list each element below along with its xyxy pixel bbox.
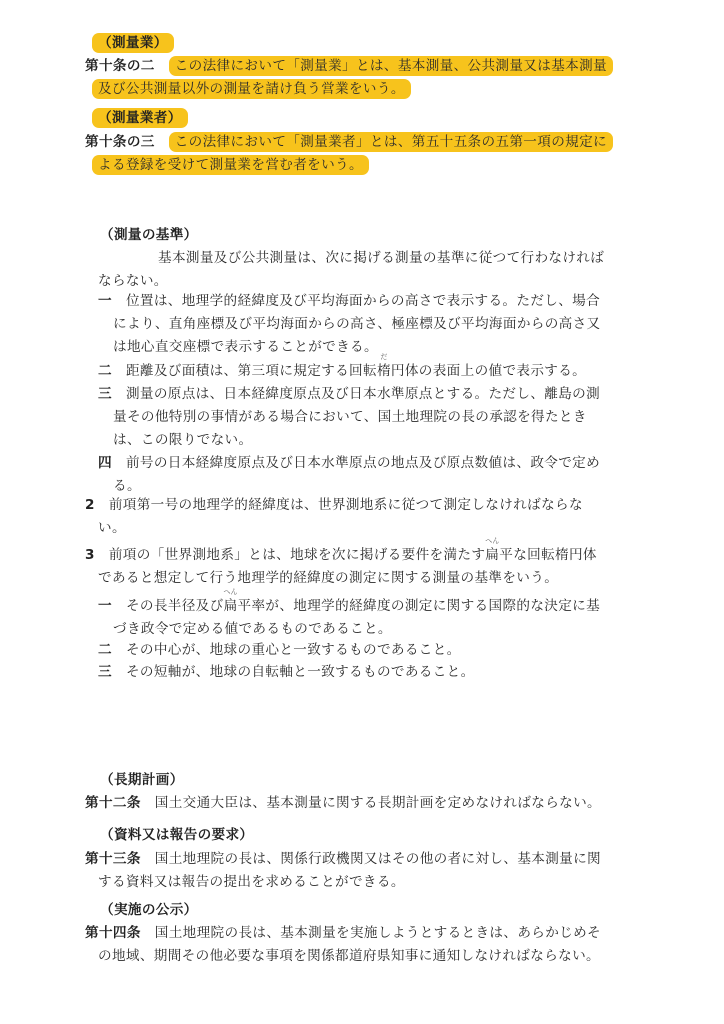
item-text: 平率が、地理学的経緯度の測定に関する国際的な決定に基 [238, 598, 601, 614]
ruby-annotation: へん扁 [485, 546, 499, 564]
article-line: よる登録を受けて測量業を営む者をいう。 [92, 156, 369, 174]
item-line: る。 [113, 477, 141, 495]
item-line: により、直角座標及び平均海面からの高さ、極座標及び平均海面からの高さ又 [113, 315, 600, 333]
paragraph-line: 2前項第一号の地理学的経緯度は、世界測地系に従つて測定しなければならな [85, 496, 583, 514]
ruby-annotation: だ楕 [377, 362, 391, 380]
article-caption: （実施の公示） [100, 901, 198, 919]
article-caption: （資料又は報告の要求） [100, 826, 253, 844]
item-line: 量その他特別の事情がある場合において、国土地理院の長の承認を得たとき [113, 408, 587, 426]
caption-text: （測量業者） [92, 108, 188, 128]
ruby-base: 楕 [377, 363, 391, 379]
item-number: 三 [98, 386, 112, 402]
article-caption: （測量業者） [92, 109, 188, 127]
highlighted-text: この法律において「測量業者」とは、第五十五条の五第一項の規定に [169, 132, 613, 152]
ruby-base: 扁 [224, 598, 238, 614]
item-text: 円体の表面上の値で表示する。 [391, 363, 586, 379]
item-text: 距離及び面積は、第三項に規定する回転 [126, 363, 377, 379]
article-line: 第十三条国土地理院の長は、関係行政機関又はその他の者に対し、基本測量に関 [85, 850, 601, 868]
article-caption: （測量業） [92, 34, 174, 52]
article-caption: （長期計画） [100, 771, 184, 789]
item-line: 一その長半径及びへん扁平率が、地理学的経緯度の測定に関する国際的な決定に基 [98, 597, 600, 615]
item-number: 三 [98, 664, 112, 680]
paragraph-line: 基本測量及び公共測量は、次に掲げる測量の基準に従つて行わなければ [158, 249, 604, 267]
item-text: 前号の日本経緯度原点及び日本水準原点の地点及び原点数値は、政令で定め [126, 455, 600, 471]
ruby-base: 扁 [485, 547, 499, 563]
item-text: 測量の原点は、日本経緯度原点及び日本水準原点とする。ただし、離島の測 [126, 386, 600, 402]
paragraph-line: であると想定して行う地理学的経緯度の測定に関する測量の基準をいう。 [98, 569, 558, 587]
paragraph-text: 前項の「世界測地系」とは、地球を次に掲げる要件を満たす [109, 547, 485, 563]
article-line: 第十四条国土地理院の長は、基本測量を実施しようとするときは、あらかじめそ [85, 924, 601, 942]
paragraph-line: い。 [98, 519, 126, 537]
item-line: は、この限りでない。 [113, 431, 252, 449]
paragraph-line: ならない。 [98, 272, 168, 290]
item-number: 四 [98, 455, 112, 471]
item-text: 位置は、地理学的経緯度及び平均海面からの高さで表示する。ただし、場合 [126, 293, 600, 309]
ruby-text: へん [224, 588, 238, 596]
item-line: 四前号の日本経緯度原点及び日本水準原点の地点及び原点数値は、政令で定め [98, 454, 600, 472]
article-text: 国土交通大臣は、基本測量に関する長期計画を定めなければならない。 [155, 795, 601, 811]
article-line: する資料又は報告の提出を求めることができる。 [98, 873, 405, 891]
item-text: その長半径及び [126, 598, 224, 614]
highlighted-text: 及び公共測量以外の測量を請け負う営業をいう。 [92, 79, 411, 99]
article-text: 国土地理院の長は、関係行政機関又はその他の者に対し、基本測量に関 [155, 851, 601, 867]
article-label: 第十三条 [85, 851, 141, 867]
item-number: 一 [98, 598, 112, 614]
article-line: 第十二条国土交通大臣は、基本測量に関する長期計画を定めなければならない。 [85, 794, 601, 812]
document-page: （測量業） 第十条の二この法律において「測量業」とは、基本測量、公共測量又は基本… [0, 0, 724, 1024]
item-line: 一位置は、地理学的経緯度及び平均海面からの高さで表示する。ただし、場合 [98, 292, 600, 310]
article-line: 第十条の三この法律において「測量業者」とは、第五十五条の五第一項の規定に [85, 133, 613, 151]
article-label: 第十条の三 [85, 134, 155, 150]
item-line: 三測量の原点は、日本経緯度原点及び日本水準原点とする。ただし、離島の測 [98, 385, 600, 403]
item-number: 二 [98, 642, 112, 658]
item-line: 三その短軸が、地球の自転軸と一致するものであること。 [98, 663, 475, 681]
paragraph-text: 平な回転楕円体 [499, 547, 597, 563]
paragraph-text: 前項第一号の地理学的経緯度は、世界測地系に従つて測定しなければならな [109, 497, 583, 513]
article-line: 第十条の二この法律において「測量業」とは、基本測量、公共測量又は基本測量 [85, 57, 613, 75]
item-text: その短軸が、地球の自転軸と一致するものであること。 [126, 664, 475, 680]
item-line: 二距離及び面積は、第三項に規定する回転だ楕円体の表面上の値で表示する。 [98, 362, 586, 380]
caption-text: （測量業） [92, 33, 174, 53]
article-label: 第十四条 [85, 925, 141, 941]
paragraph-number: 2 [85, 497, 95, 513]
ruby-text: へん [485, 537, 499, 545]
item-line: は地心直交座標で表示することができる。 [113, 338, 378, 356]
article-line: の地域、期間その他必要な事項を関係都道府県知事に通知しなければならない。 [98, 947, 600, 965]
highlighted-text: よる登録を受けて測量業を営む者をいう。 [92, 155, 369, 175]
item-line: づき政令で定める値であるものであること。 [113, 620, 392, 638]
item-text: その中心が、地球の重心と一致するものであること。 [126, 642, 461, 658]
item-number: 二 [98, 363, 112, 379]
article-label: 第十二条 [85, 795, 141, 811]
article-caption: （測量の基準） [100, 226, 198, 244]
article-line: 及び公共測量以外の測量を請け負う営業をいう。 [92, 80, 411, 98]
paragraph-number: 3 [85, 547, 95, 563]
highlighted-text: この法律において「測量業」とは、基本測量、公共測量又は基本測量 [169, 56, 613, 76]
article-text: 国土地理院の長は、基本測量を実施しようとするときは、あらかじめそ [155, 925, 601, 941]
article-label: 第十条の二 [85, 58, 155, 74]
paragraph-line: 3前項の「世界測地系」とは、地球を次に掲げる要件を満たすへん扁平な回転楕円体 [85, 546, 597, 564]
ruby-annotation: へん扁 [224, 597, 238, 615]
item-number: 一 [98, 293, 112, 309]
item-line: 二その中心が、地球の重心と一致するものであること。 [98, 641, 461, 659]
ruby-text: だ [380, 353, 387, 361]
